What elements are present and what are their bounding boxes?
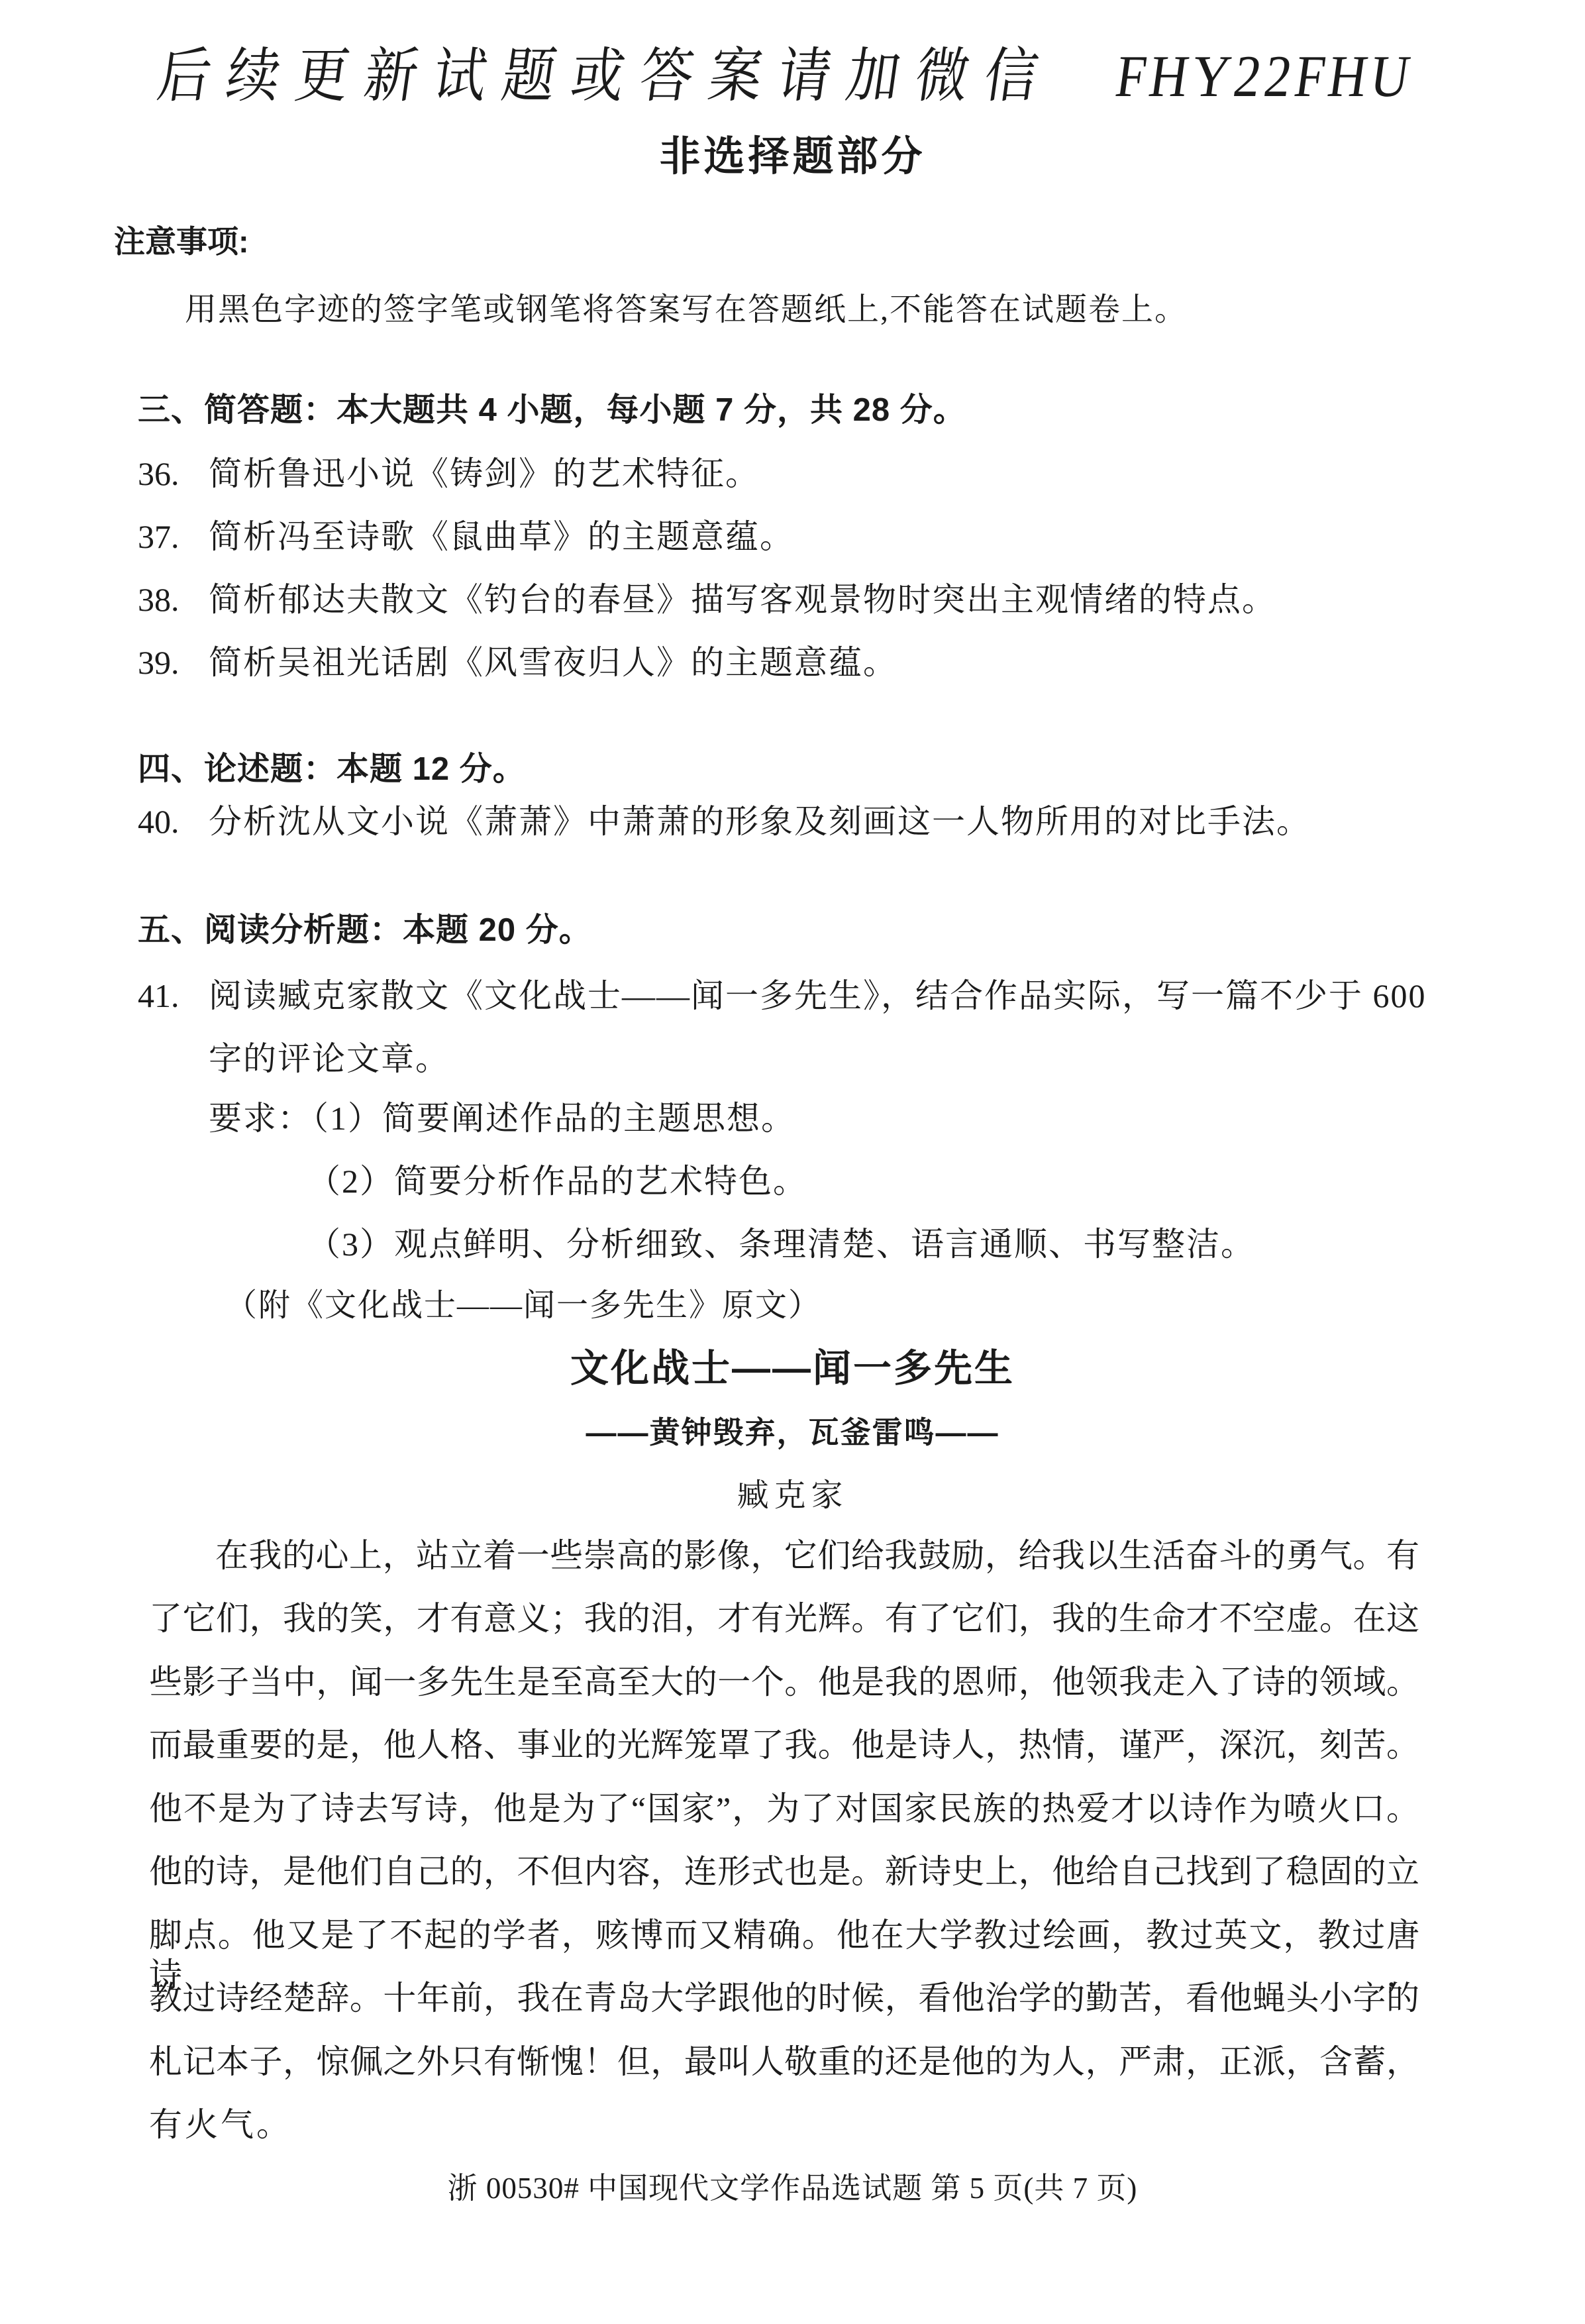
question-37-text: 简析冯至诗歌《鼠曲草》的主题意蕴。 (209, 518, 794, 555)
question-40-number: 40. (138, 802, 209, 841)
requirements-label: 要求： (209, 1100, 312, 1137)
question-37: 37.简析冯至诗歌《鼠曲草》的主题意蕴。 (138, 510, 794, 558)
exam-paper-page: 后续更新试题或答案请加微信FHY22FHU 非选择题部分 注意事项: 用黑色字迹… (0, 0, 1585, 2324)
requirements-row: 要求：（1）简要阐述作品的主题思想。 (209, 1092, 795, 1139)
article-author: 臧克家 (0, 1469, 1585, 1515)
ad-header-note: 后续更新试题或答案请加微信 (154, 44, 1058, 110)
essay-line-3: 些影子当中，闻一多先生是至高至大的一个。他是我的恩师，他领我走入了诗的领域。 (149, 1662, 1419, 1702)
requirement-2: （2）简要分析作品的艺术特色。 (307, 1155, 807, 1202)
article-title: 文化战士——闻一多先生 (0, 1337, 1585, 1393)
section3-heading: 三、简答题：本大题共 4 小题，每小题 7 分，共 28 分。 (138, 384, 966, 431)
question-40-text: 分析沈从文小说《萧萧》中萧萧的形象及刻画这一人物所用的对比手法。 (209, 803, 1311, 840)
essay-line-4: 而最重要的是，他人格、事业的光辉笼罩了我。他是诗人，热情，谨严，深沉，刻苦。 (149, 1725, 1419, 1765)
question-41-text-line1: 阅读臧克家散文《文化战士——闻一多先生》，结合作品实际，写一篇不少于 600 (209, 977, 1427, 1014)
question-39: 39.简析吴祖光话剧《风雪夜归人》的主题意蕴。 (138, 636, 897, 684)
question-37-number: 37. (138, 517, 209, 556)
part-title: 非选择题部分 (0, 123, 1585, 182)
page-footer: 浙 00530# 中国现代文学作品选试题 第 5 页(共 7 页) (0, 2164, 1585, 2207)
question-38: 38.简析郁达夫散文《钓台的春昼》描写客观景物时突出主观情绪的特点。 (138, 573, 1276, 621)
essay-line-8: 教过诗经楚辞。十年前，我在青岛大学跟他的时候，看他治学的勤苦，看他蝇头小字的 (149, 1978, 1419, 2018)
essay-line-9: 札记本子，惊佩之外只有惭愧！但，最叫人敬重的还是他的为人，严肃，正派，含蓄， (149, 2042, 1419, 2082)
question-40: 40.分析沈从文小说《萧萧》中萧萧的形象及刻画这一人物所用的对比手法。 (138, 795, 1311, 843)
essay-line-1: 在我的心上，站立着一些崇高的影像，它们给我鼓励，给我以生活奋斗的勇气。有 (149, 1536, 1419, 1575)
question-38-text: 简析郁达夫散文《钓台的春昼》描写客观景物时突出主观情绪的特点。 (209, 581, 1276, 618)
question-41-number: 41. (138, 977, 209, 1015)
section4-heading: 四、论述题：本题 12 分。 (138, 743, 526, 790)
ad-header: 后续更新试题或答案请加微信FHY22FHU (0, 28, 1585, 113)
question-36-text: 简析鲁迅小说《铸剑》的艺术特征。 (209, 455, 760, 492)
question-39-number: 39. (138, 643, 209, 682)
requirement-3: （3）观点鲜明、分析细致、条理清楚、语言通顺、书写整洁。 (307, 1218, 1255, 1265)
question-41: 41.阅读臧克家散文《文化战士——闻一多先生》，结合作品实际，写一篇不少于 60… (138, 969, 1427, 1017)
question-39-text: 简析吴祖光话剧《风雪夜归人》的主题意蕴。 (209, 644, 897, 681)
requirement-1: （1）简要阐述作品的主题思想。 (312, 1100, 795, 1137)
notice-text: 用黑色字迹的签字笔或钢笔将答案写在答题纸上,不能答在试题卷上。 (185, 284, 1188, 329)
section5-heading: 五、阅读分析题：本题 20 分。 (138, 904, 592, 951)
essay-line-10: 有火气。 (149, 2105, 1419, 2144)
essay-line-6: 他的诗，是他们自己的，不但内容，连形式也是。新诗史上，他给自己找到了稳固的立 (149, 1852, 1419, 1891)
notice-label: 注意事项: (114, 217, 249, 262)
article-subtitle: ——黄钟毁弃，瓦釜雷鸣—— (0, 1408, 1585, 1452)
essay-line-2: 了它们，我的笑，才有意义；我的泪，才有光辉。有了它们，我的生命才不空虚。在这 (149, 1599, 1419, 1638)
essay-line-5: 他不是为了诗去写诗，他是为了“国家”，为了对国家民族的热爱才以诗作为喷火口。 (149, 1789, 1419, 1828)
question-41-text-line2: 字的评论文章。 (209, 1032, 450, 1080)
wechat-id: FHY22FHU (1112, 44, 1418, 110)
attachment-note: （附《文化战士——闻一多先生》原文） (225, 1279, 821, 1325)
question-36-number: 36. (138, 454, 209, 493)
question-36: 36.简析鲁迅小说《铸剑》的艺术特征。 (138, 447, 760, 495)
question-38-number: 38. (138, 580, 209, 619)
